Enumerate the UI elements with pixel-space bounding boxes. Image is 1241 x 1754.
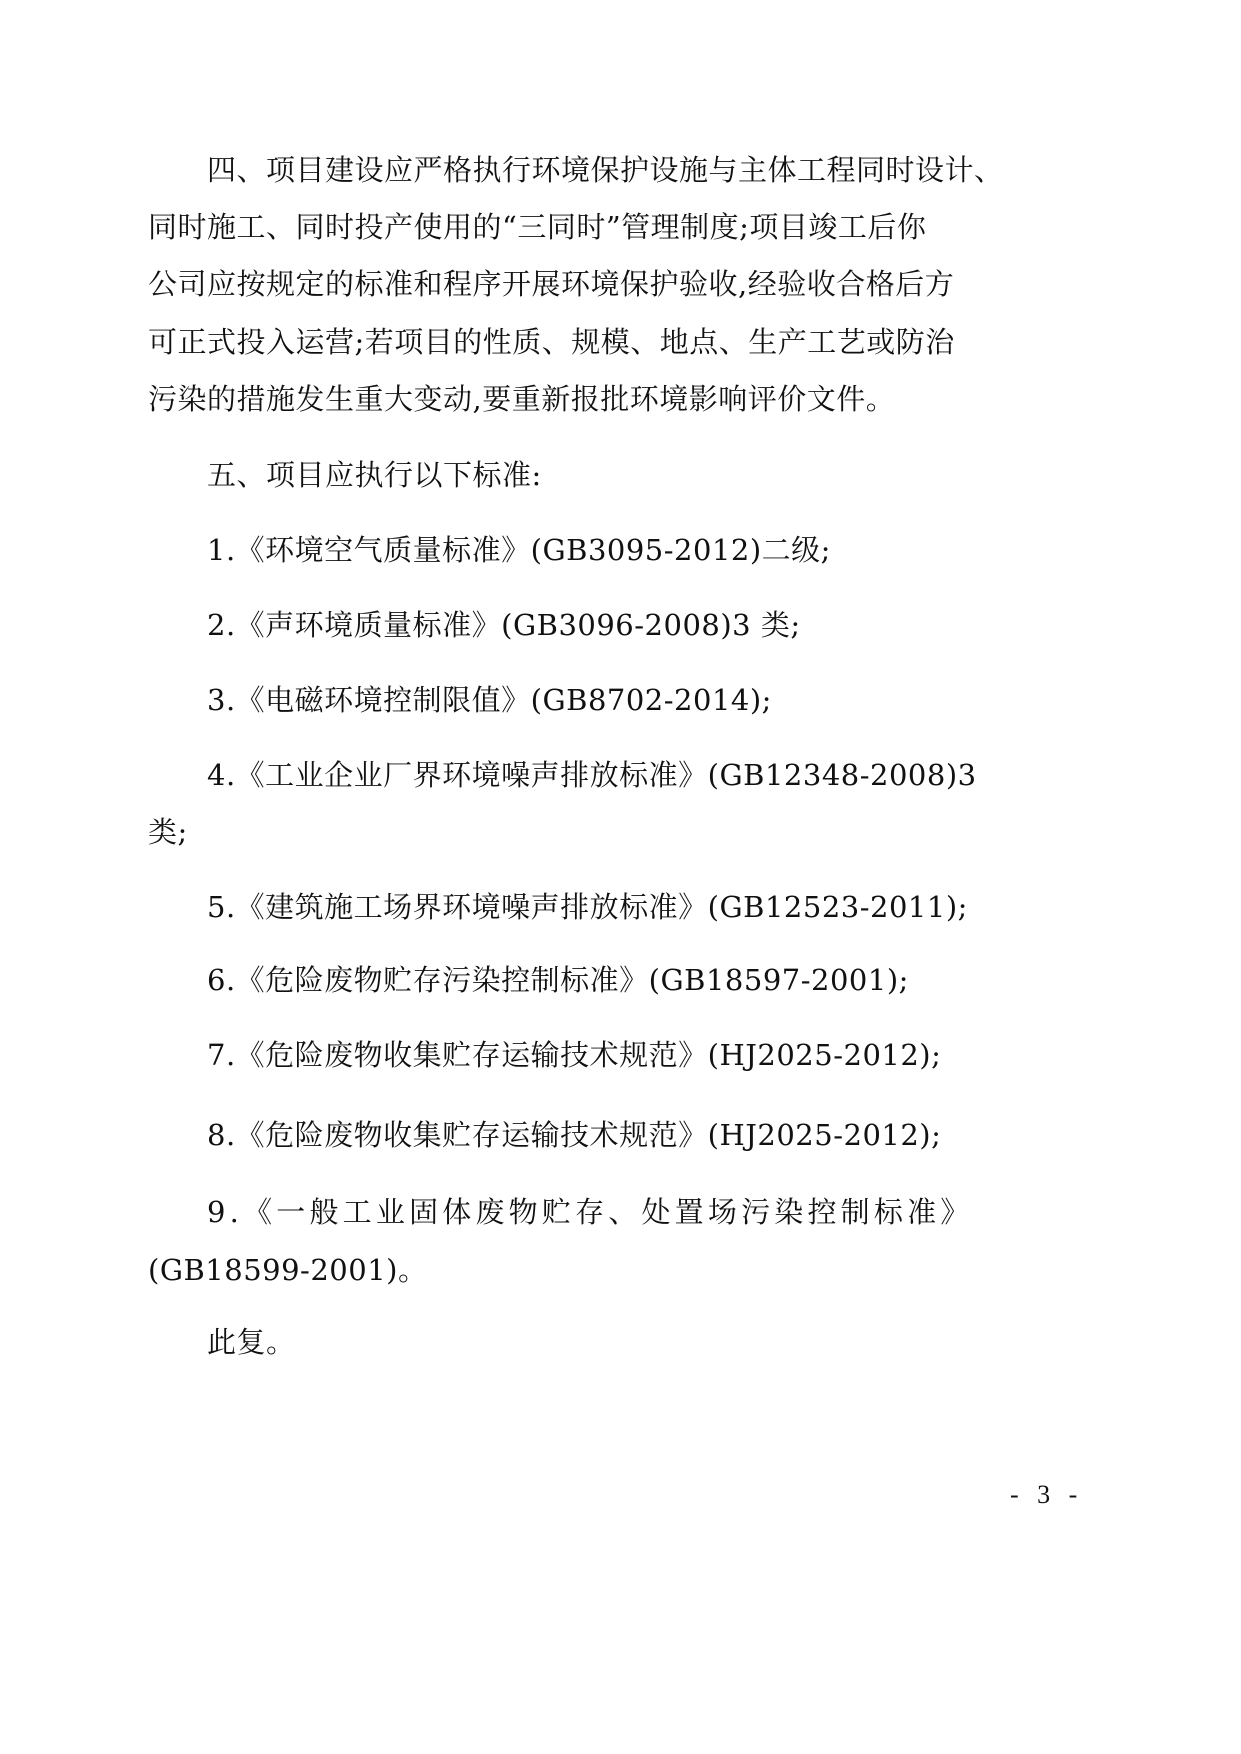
section-four-line-3: 公司应按规定的标准和程序开展环境保护验收,经验收合格后方 [148, 264, 978, 304]
standard-item-4: 4.《工业企业厂界环境噪声排放标准》(GB12348-2008)3 [207, 755, 1037, 795]
section-five-heading: 五、项目应执行以下标准: [207, 455, 1037, 495]
section-four-line-1: 四、项目建设应严格执行环境保护设施与主体工程同时设计、 [207, 150, 1037, 190]
page-number: - 3 - [1010, 1480, 1083, 1510]
section-four-line-4: 可正式投入运营;若项目的性质、规模、地点、生产工艺或防治 [148, 322, 978, 362]
standard-item-6: 6.《危险废物贮存污染控制标准》(GB18597-2001); [207, 960, 1037, 1000]
standard-item-7: 7.《危险废物收集贮存运输技术规范》(HJ2025-2012); [207, 1035, 1037, 1075]
section-four-line-5: 污染的措施发生重大变动,要重新报批环境影响评价文件。 [148, 379, 978, 419]
document-page: 四、项目建设应严格执行环境保护设施与主体工程同时设计、 同时施工、同时投产使用的… [0, 0, 1241, 1754]
closing-text: 此复。 [207, 1322, 1037, 1362]
standard-item-9: 9.《一般工业固体废物贮存、处置场污染控制标准》 [207, 1192, 1037, 1232]
standard-item-2: 2.《声环境质量标准》(GB3096-2008)3 类; [207, 605, 1037, 645]
standard-item-8: 8.《危险废物收集贮存运输技术规范》(HJ2025-2012); [207, 1115, 1037, 1155]
standard-item-5: 5.《建筑施工场界环境噪声排放标准》(GB12523-2011); [207, 887, 1037, 927]
standard-item-4-continuation: 类; [148, 812, 978, 852]
standard-item-3: 3.《电磁环境控制限值》(GB8702-2014); [207, 680, 1037, 720]
standard-item-9-continuation: (GB18599-2001)。 [148, 1250, 978, 1290]
standard-item-1: 1.《环境空气质量标准》(GB3095-2012)二级; [207, 530, 1037, 570]
section-four-line-2: 同时施工、同时投产使用的“三同时”管理制度;项目竣工后你 [148, 207, 978, 247]
